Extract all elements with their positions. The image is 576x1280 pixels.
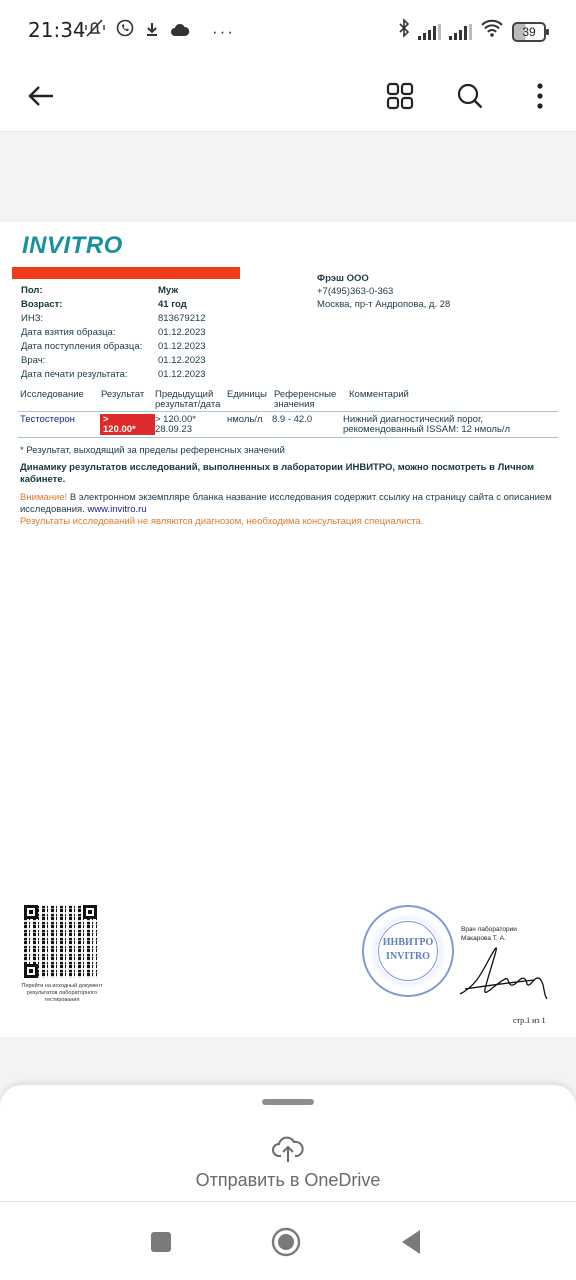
grid-view-icon xyxy=(386,82,414,110)
col-comment: Комментарий xyxy=(349,390,409,400)
doctor-info: Врач лаборатории Макарова Т. А. xyxy=(461,925,517,943)
col-reference: Референсныезначения xyxy=(274,390,336,410)
col-test: Исследование xyxy=(20,390,84,400)
pdf-page: INVITRO Пол:Муж Возраст:41 год ИНЗ:81367… xyxy=(0,222,576,1037)
warning-block: Внимание! В электронном экземпляре бланк… xyxy=(20,492,560,528)
patient-info: Пол:Муж Возраст:41 год ИНЗ:813679212 Дат… xyxy=(21,284,206,382)
table-header: Исследование Результат Предыдущийрезульт… xyxy=(18,388,558,412)
info-row-sample-date: Дата взятия образца:01.12.2023 xyxy=(21,326,206,340)
previous-result: > 120.00*28.09.23 xyxy=(155,415,196,435)
search-icon xyxy=(456,82,484,110)
signature xyxy=(455,944,550,1004)
website-link[interactable]: www.invitro.ru xyxy=(87,504,146,515)
lab-address: Москва, пр-т Андропова, д. 28 xyxy=(317,298,450,311)
arrow-left-icon xyxy=(27,84,55,108)
qr-caption: Перейти на исходный документ результатов… xyxy=(16,983,108,1004)
signal-icon xyxy=(449,24,472,40)
download-icon xyxy=(144,20,160,44)
navigation-bar xyxy=(0,1201,576,1280)
info-row-received-date: Дата поступления образца:01.12.2023 xyxy=(21,340,206,354)
lab-phone: +7(495)363-0-363 xyxy=(317,285,450,298)
footnote: * Результат, выходящий за пределы рефере… xyxy=(20,445,285,456)
results-table: Исследование Результат Предыдущийрезульт… xyxy=(18,388,558,438)
info-row-inz: ИНЗ:813679212 xyxy=(21,312,206,326)
pdf-viewer[interactable]: INVITRO Пол:Муж Возраст:41 год ИНЗ:81367… xyxy=(0,133,576,1083)
cloud-upload-icon xyxy=(271,1134,305,1164)
battery-icon: 39 xyxy=(512,22,546,42)
send-to-onedrive-button[interactable]: Отправить в OneDrive xyxy=(140,1130,436,1196)
table-row: Тестостерон >120.00* > 120.00*28.09.23 н… xyxy=(18,412,558,438)
doctor-name: Макарова Т. А. xyxy=(461,934,517,943)
col-result: Результат xyxy=(101,390,144,400)
mute-icon xyxy=(84,18,106,45)
more-vertical-icon xyxy=(537,83,543,109)
signal-icon xyxy=(418,24,441,40)
info-row-sex: Пол:Муж xyxy=(21,284,206,298)
info-row-age: Возраст:41 год xyxy=(21,298,206,312)
home-circle-icon xyxy=(271,1227,301,1257)
info-row-doctor: Врач:01.12.2023 xyxy=(21,354,206,368)
comment: Нижний диагностический порог,рекомендова… xyxy=(343,415,510,435)
reference-range: 8.9 - 42.0 xyxy=(272,415,312,425)
more-dots-icon: ··· xyxy=(212,20,235,44)
doctor-title: Врач лаборатории xyxy=(461,925,517,934)
status-time: 21:34 xyxy=(28,18,86,42)
back-triangle-icon xyxy=(400,1229,422,1255)
wifi-icon xyxy=(480,19,504,44)
cloud-icon xyxy=(170,20,190,44)
lab-stamp: ИНВИТРО INVITRO xyxy=(362,905,454,997)
warning-label: Внимание! xyxy=(20,492,67,503)
more-options-button[interactable] xyxy=(518,74,562,118)
back-nav-button[interactable] xyxy=(395,1226,427,1258)
result-value: >120.00* xyxy=(100,414,155,435)
lab-info: Фрэш ООО +7(495)363-0-363 Москва, пр-т А… xyxy=(317,272,450,311)
app-bar xyxy=(0,62,576,132)
invitro-logo: INVITRO xyxy=(22,232,123,260)
home-button[interactable] xyxy=(270,1226,302,1258)
page-number: стр.1 из 1 xyxy=(513,1016,546,1025)
recents-square-icon xyxy=(150,1231,172,1253)
whatsapp-icon xyxy=(116,19,134,44)
units: нмоль/л xyxy=(227,415,263,425)
lab-name: Фрэш ООО xyxy=(317,272,450,285)
test-name-link[interactable]: Тестостерон xyxy=(20,415,75,425)
notification-icons: ··· xyxy=(84,18,235,45)
back-button[interactable] xyxy=(19,74,63,118)
col-units: Единицы xyxy=(227,390,267,400)
col-previous: Предыдущийрезультат/дата xyxy=(155,390,220,410)
search-button[interactable] xyxy=(448,74,492,118)
info-row-print-date: Дата печати результата:01.12.2023 xyxy=(21,368,206,382)
qr-code[interactable] xyxy=(24,905,97,978)
sheet-drag-handle[interactable] xyxy=(262,1099,314,1105)
system-icons: 39 xyxy=(398,18,546,45)
status-bar: 21:34 ··· 39 xyxy=(0,0,576,62)
recents-button[interactable] xyxy=(145,1226,177,1258)
grid-view-button[interactable] xyxy=(378,74,422,118)
dynamics-note: Динамику результатов исследований, выпол… xyxy=(20,462,540,486)
disclaimer: Результаты исследований не являются диаг… xyxy=(20,516,423,527)
redacted-patient-name xyxy=(12,267,240,279)
bottom-sheet: Отправить в OneDrive xyxy=(0,1085,576,1203)
bluetooth-icon xyxy=(398,18,410,45)
